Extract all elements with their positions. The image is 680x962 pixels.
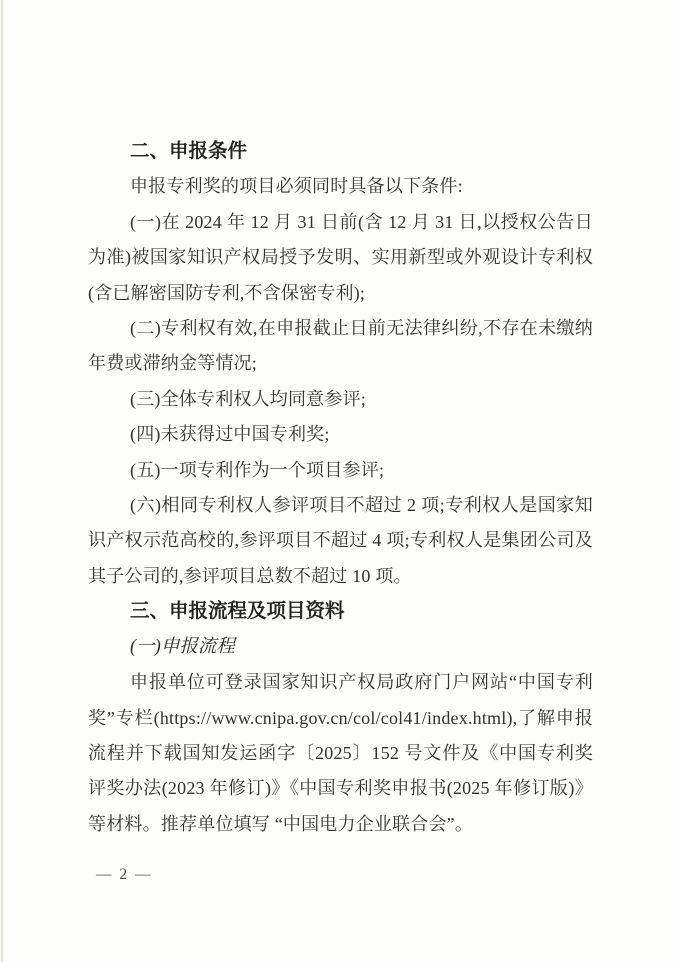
process-paragraph: 申报单位可登录国家知识产权局政府门户网站“中国专利奖”专栏(https://ww… (88, 665, 593, 842)
scan-left-edge-artifact (1, 0, 3, 962)
condition-item-1: (一)在 2024 年 12 月 31 日前(含 12 月 31 日,以授权公告… (88, 205, 593, 311)
condition-item-6: (六)相同专利权人参评项目不超过 2 项;专利权人是国家知识产权示范高校的,参评… (88, 488, 593, 594)
condition-item-4: (四)未获得过中国专利奖; (88, 417, 593, 452)
condition-item-5: (五)一项专利作为一个项目参评; (88, 453, 593, 488)
condition-item-3: (三)全体专利权人均同意参评; (88, 382, 593, 417)
section-heading-2: 二、申报条件 (88, 134, 593, 169)
page-number: — 2 — (96, 866, 153, 884)
condition-item-2: (二)专利权有效,在申报截止日前无法律纠纷,不存在未缴纳年费或滞纳金等情况; (88, 311, 593, 382)
intro-paragraph: 申报专利奖的项目必须同时具备以下条件: (88, 169, 593, 204)
section-heading-3: 三、申报流程及项目资料 (88, 594, 593, 629)
subsection-heading-application-process: (一)申报流程 (88, 630, 593, 665)
document-page: 二、申报条件 申报专利奖的项目必须同时具备以下条件: (一)在 2024 年 1… (88, 134, 593, 842)
